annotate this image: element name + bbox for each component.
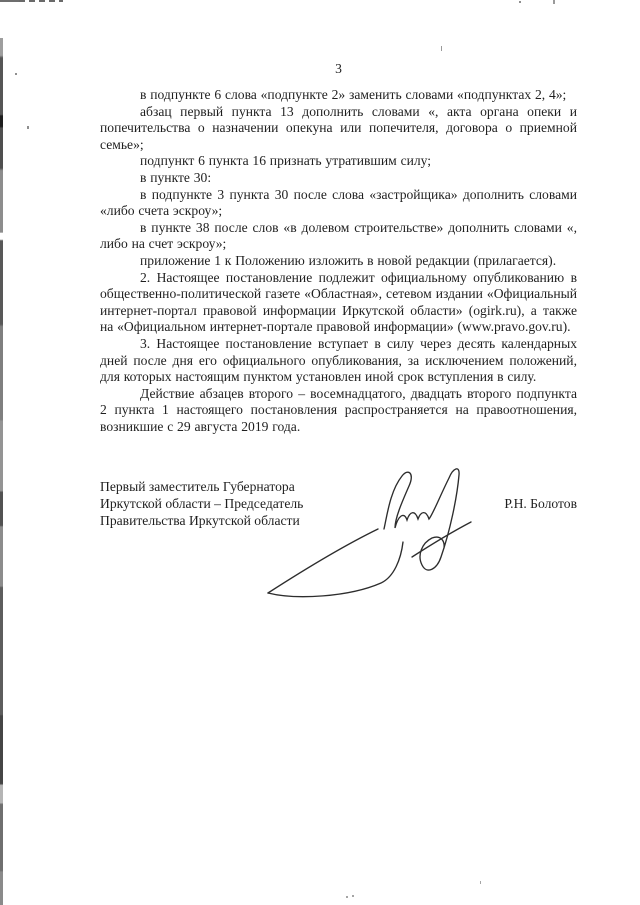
scan-speck [441, 46, 442, 51]
scanned-document-page: 3 в подпункте 6 слова «подпункте 2» заме… [0, 0, 640, 905]
paragraph: приложение 1 к Положению изложить в ново… [100, 253, 577, 270]
paragraph: абзац первый пункта 13 дополнить словами… [100, 104, 577, 154]
paragraph: 2. Настоящее постановление подлежит офиц… [100, 270, 577, 336]
scan-artifact-left-edge [0, 38, 3, 905]
signatory-name: Р.Н. Болотов [504, 496, 577, 512]
scan-speck [480, 881, 481, 884]
scan-speck [27, 126, 29, 129]
paragraph: Действие абзацев второго – восемнадцатог… [100, 386, 577, 436]
page-number: 3 [100, 61, 577, 77]
signature-stroke-main [384, 469, 459, 570]
scan-speck [519, 1, 521, 3]
scan-speck [352, 895, 354, 897]
scan-artifact-top-dashes [19, 0, 63, 2]
handwritten-signature [254, 456, 474, 598]
paragraph: в пункте 30: [100, 170, 577, 187]
scan-speck [15, 73, 17, 75]
signature-stroke-loop-bottom [268, 542, 403, 597]
scan-speck [346, 896, 348, 898]
scan-artifact-top-edge [0, 0, 19, 2]
paragraph: в пункте 38 после слов «в долевом строит… [100, 220, 577, 253]
paragraph: 3. Настоящее постановление вступает в си… [100, 336, 577, 386]
paragraph: в подпункте 3 пункта 30 после слова «зас… [100, 187, 577, 220]
paragraph: подпункт 6 пункта 16 признать утратившим… [100, 153, 577, 170]
paragraph: в подпункте 6 слова «подпункте 2» замени… [100, 87, 577, 104]
scan-speck [553, 0, 555, 4]
signature-stroke-loop-top [268, 529, 378, 593]
